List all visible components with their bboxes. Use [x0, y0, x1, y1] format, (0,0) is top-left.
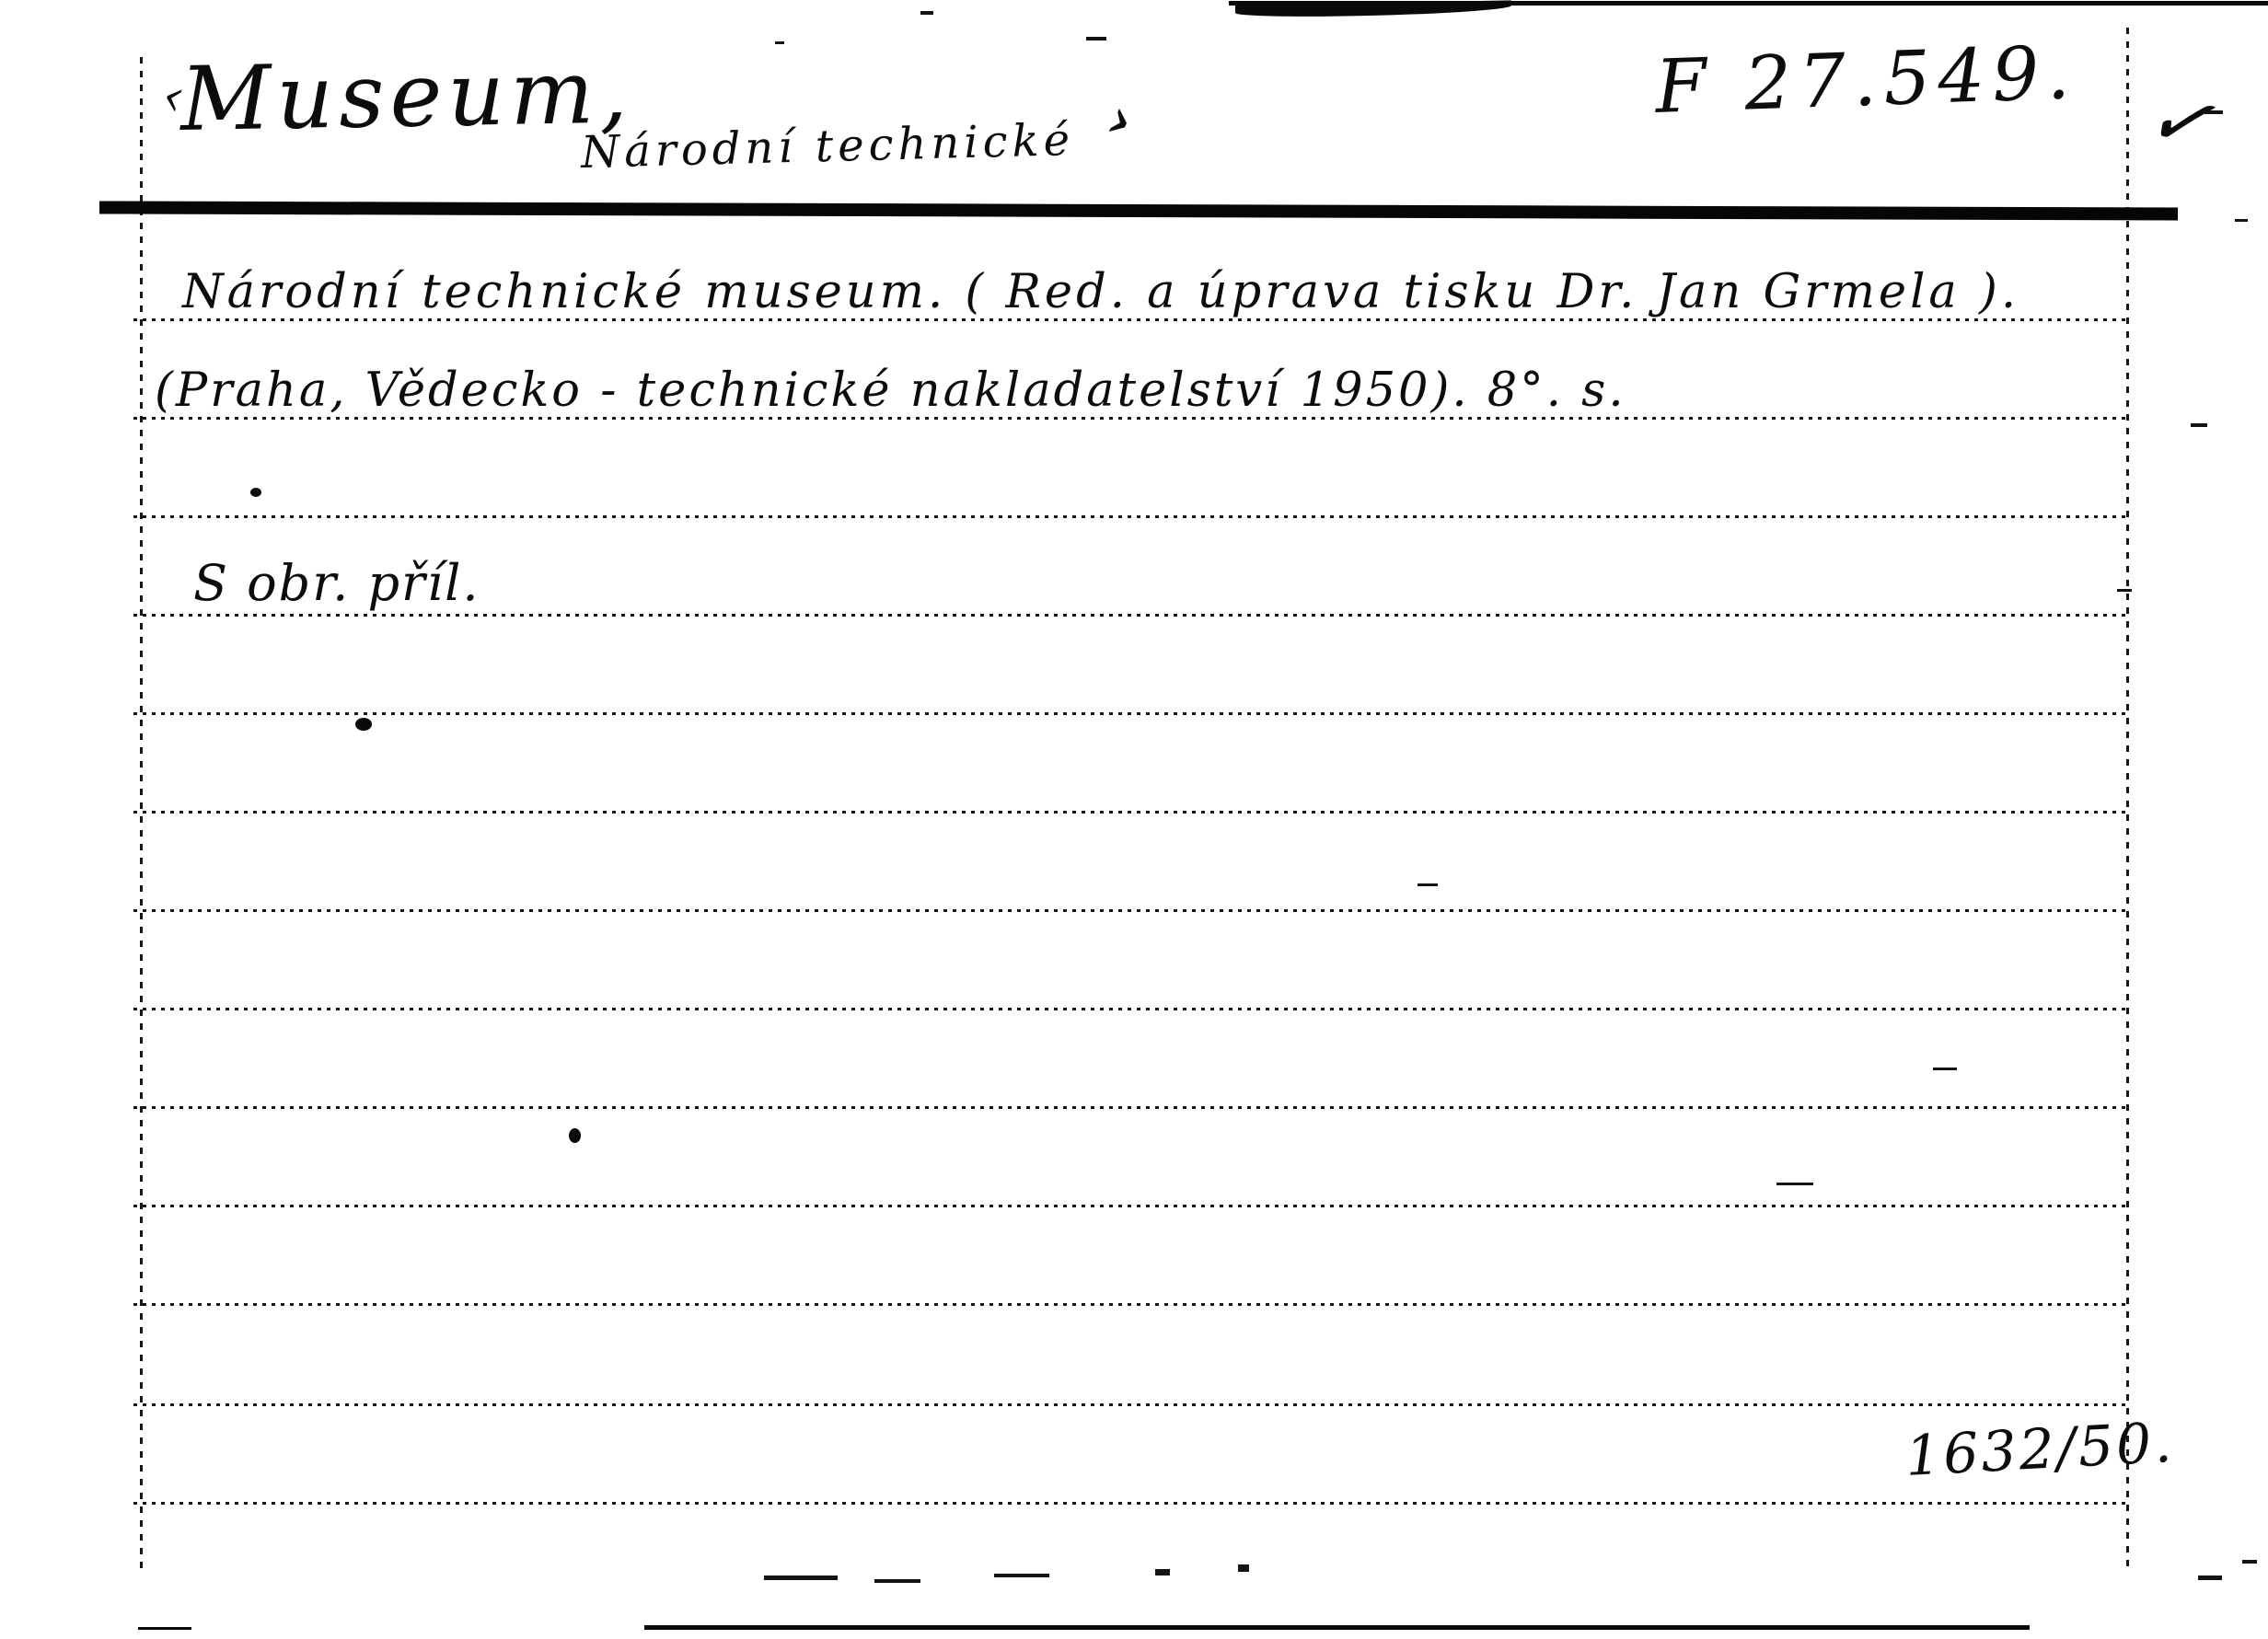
scan-noise-dash	[874, 1579, 920, 1583]
body-line-2: (Praha, Vědecko - technické nakladatelst…	[155, 364, 1626, 418]
ink-speck	[250, 488, 261, 497]
scan-noise-dash	[994, 1574, 1049, 1577]
right-dotted-border	[2126, 28, 2129, 1566]
ruled-line	[133, 1502, 2128, 1505]
scan-noise-dash	[2242, 1560, 2257, 1564]
ruled-line	[133, 515, 2128, 518]
scan-noise-dash	[764, 1576, 838, 1580]
ruled-line	[133, 1106, 2128, 1109]
scan-noise-dash	[2204, 110, 2223, 114]
ruled-line	[133, 712, 2128, 715]
scan-noise-dash	[920, 11, 933, 15]
scan-bar-bottom-left	[138, 1627, 191, 1630]
scan-bar-bottom	[644, 1625, 2030, 1630]
scan-noise-dash	[1417, 883, 1438, 886]
scan-noise-dash	[2198, 1576, 2222, 1580]
ink-speck	[355, 718, 372, 731]
illustration-note: S obr. příl.	[193, 554, 480, 612]
catalog-card: ‹ Museum, Národní technické › F 27.549. …	[0, 0, 2268, 1639]
ruled-line	[133, 614, 2128, 617]
ruled-line	[133, 1403, 2128, 1406]
heading-main: Museum,	[179, 40, 633, 151]
header-rule	[99, 201, 2178, 220]
ink-speck	[569, 1128, 581, 1143]
scan-noise-dash	[1776, 1183, 1813, 1185]
ruled-line	[133, 1008, 2128, 1010]
ruled-line	[133, 811, 2128, 814]
scan-noise-dash	[1155, 1569, 1170, 1576]
body-line-1: Národní technické museum. ( Red. a úprav…	[182, 265, 2019, 319]
scan-noise-dash	[1086, 37, 1106, 40]
ruled-line	[133, 1303, 2128, 1306]
heading-qualifier: Národní technické	[581, 114, 1075, 179]
scan-noise-dash	[1238, 1564, 1249, 1572]
scan-noise-dash	[2191, 423, 2207, 427]
accession-number: 1632/50.	[1903, 1411, 2176, 1489]
checkmark-icon: ✓	[2137, 69, 2222, 172]
ruled-line	[133, 1205, 2128, 1207]
scan-noise-dash	[775, 41, 784, 44]
call-number: F 27.549.	[1654, 29, 2078, 130]
left-dotted-border	[140, 57, 143, 1574]
header-flourish-mark: ›	[1097, 87, 1143, 155]
scan-noise-dash	[2117, 589, 2132, 592]
scan-noise-dash	[2235, 219, 2248, 222]
ruled-line	[133, 909, 2128, 912]
scan-noise-dash	[1933, 1068, 1957, 1070]
